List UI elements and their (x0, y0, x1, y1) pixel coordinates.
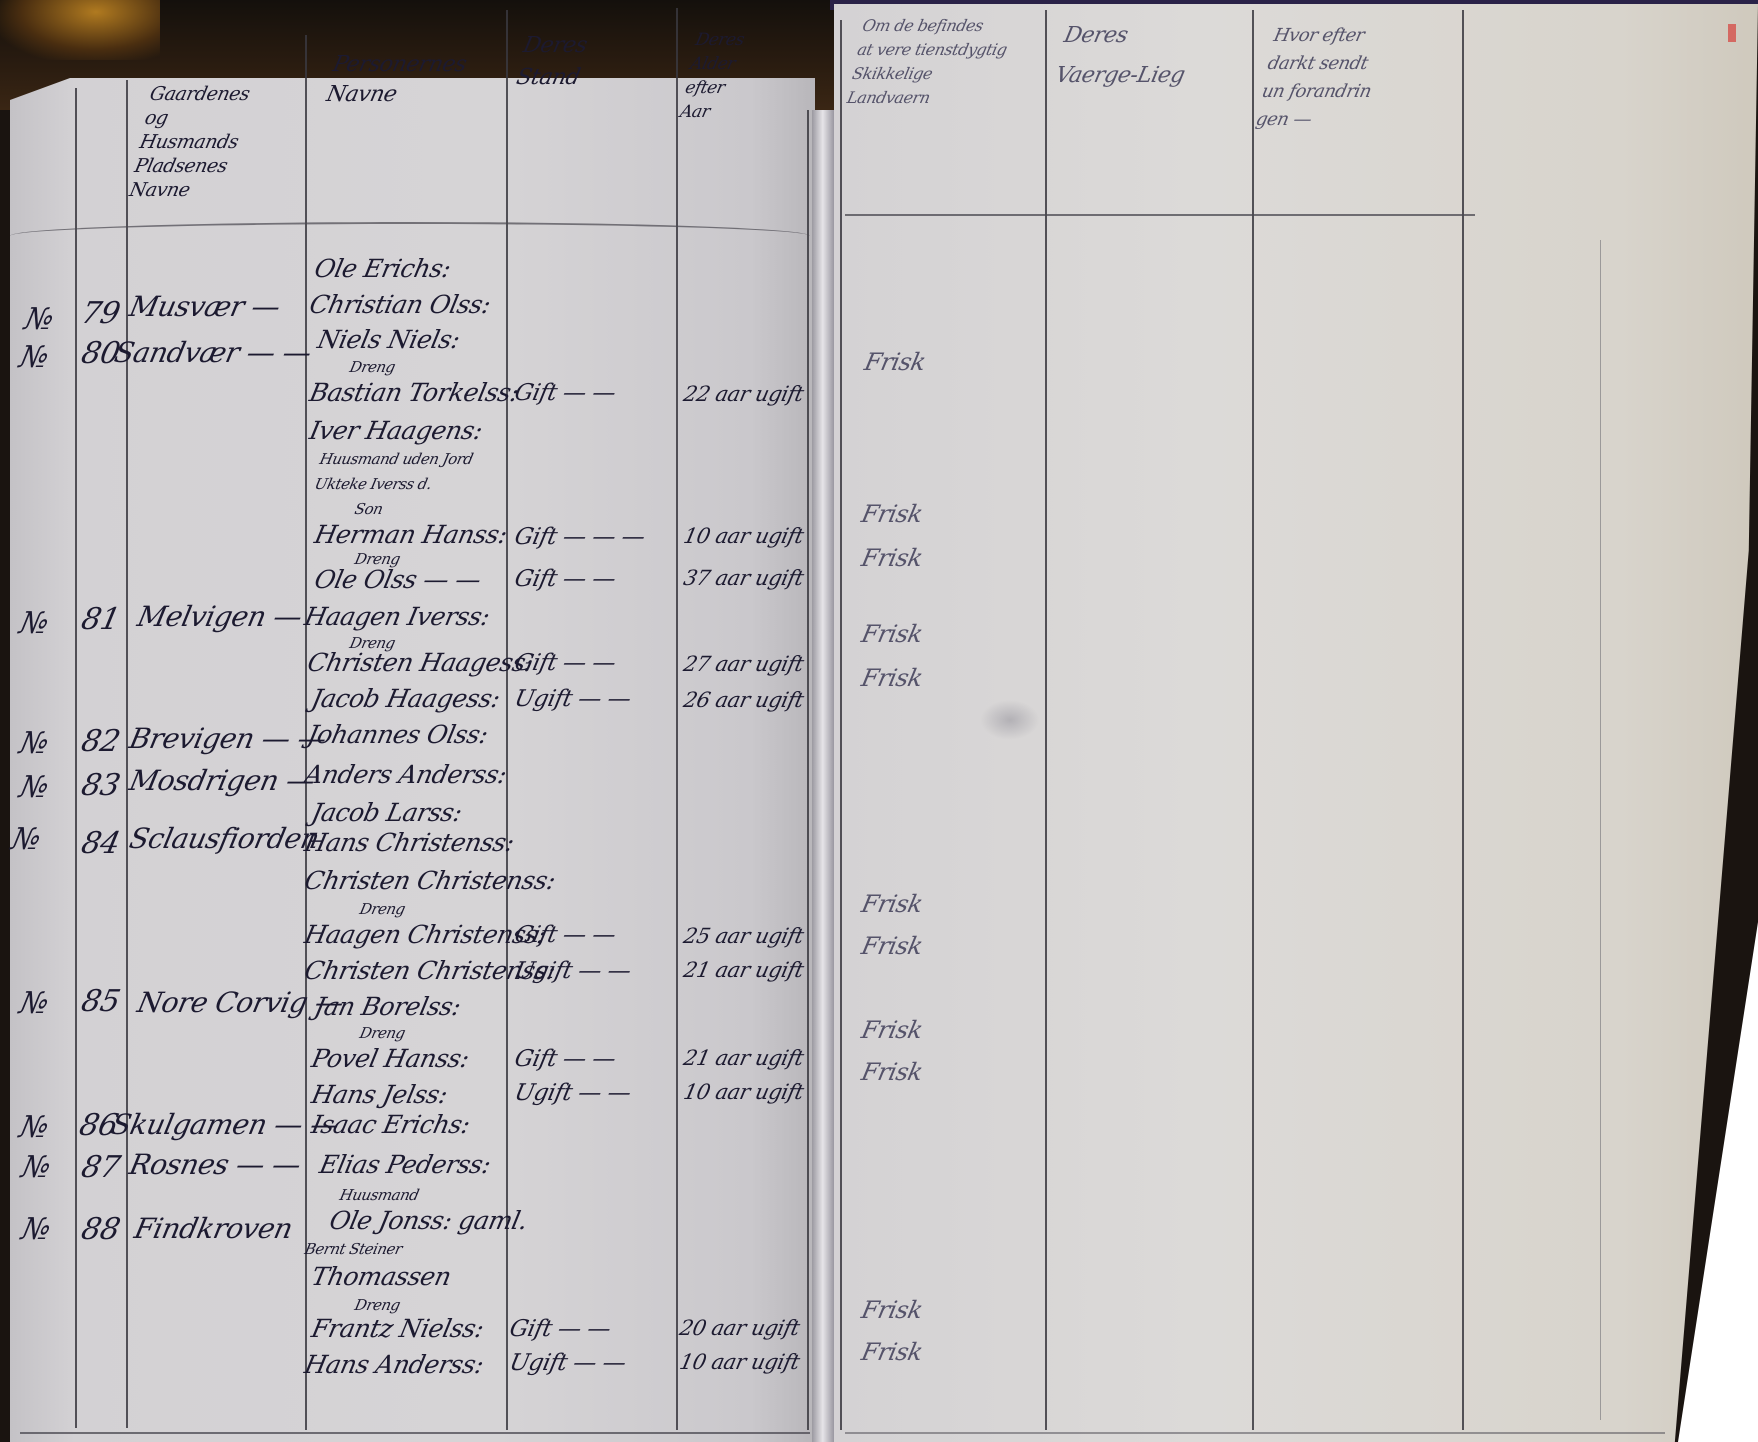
status-value: Ugift — — (512, 1080, 633, 1106)
farm-name: Musvær — (126, 290, 283, 323)
role-label: Dreng (358, 900, 407, 918)
person-name: Ole Erichs: (312, 254, 453, 283)
role-label: Dreng (348, 358, 397, 376)
entry-number: 85 (78, 984, 123, 1019)
book-gutter (812, 110, 836, 1442)
person-name: Bernt Steiner (303, 1240, 404, 1258)
person-name: Christen Haagess: (305, 648, 536, 677)
entry-number: 87 (78, 1150, 123, 1185)
age-value: 22 aar ugift (681, 382, 805, 406)
person-name: Johannes Olss: (305, 720, 491, 749)
lamp-glow (0, 0, 160, 60)
age-value: 27 aar ugift (681, 652, 805, 676)
person-name: Haagen Iverss: (302, 602, 492, 631)
column-rule (840, 20, 842, 1430)
farm-name: Skulgamen — — (108, 1108, 341, 1141)
person-name: Iver Haagens: (307, 416, 485, 445)
status-value: Ugift — — (512, 958, 633, 984)
farm-name: Findkroven (131, 1212, 295, 1245)
role-label: Huusmand uden Jord (318, 450, 475, 468)
age-value: 26 aar ugift (681, 688, 805, 712)
column-rule (75, 88, 77, 1428)
role-label: Dreng (353, 1296, 402, 1314)
health-mark: Frisk (859, 1016, 925, 1044)
person-name: Jan Borelss: (312, 992, 463, 1021)
header-person-names: Personernes Navne (324, 50, 469, 110)
person-name: Ukteke Iverss d. (313, 475, 433, 493)
entry-number: 83 (78, 768, 123, 803)
status-value: Gift — — (512, 566, 618, 592)
farm-name: Brevigen — — (126, 722, 329, 755)
health-mark: Frisk (859, 1338, 925, 1366)
faint-rule (1600, 240, 1601, 1420)
person-name: Elias Pederss: (317, 1150, 493, 1179)
header-fitness: Om de befindes at vere tienstdygtig Skik… (845, 14, 1014, 110)
column-rule (807, 110, 809, 1430)
person-name: Isaac Erichs: (309, 1110, 473, 1139)
farm-name: Mosdrigen — (126, 764, 317, 797)
age-value: 20 aar ugift (677, 1316, 801, 1340)
entry-number: 84 (78, 826, 123, 861)
right-page (834, 4, 1758, 1442)
entry-number: 82 (78, 724, 123, 759)
person-name: Hans Christenss: (302, 828, 517, 857)
status-value: Gift — — (512, 1046, 618, 1072)
health-mark: Frisk (859, 620, 925, 648)
health-mark: Frisk (859, 1296, 925, 1324)
role-label: Dreng (358, 1024, 407, 1042)
bottom-rule (20, 1432, 810, 1434)
column-rule (676, 8, 678, 1430)
person-name: Jacob Haagess: (309, 684, 503, 713)
farm-name: Melvigen — (134, 600, 304, 633)
person-name: Christen Christenss: (302, 866, 558, 895)
health-mark: Frisk (859, 664, 925, 692)
age-value: 10 aar ugift (681, 524, 805, 548)
health-mark: Frisk (859, 500, 925, 528)
status-value: Ugift — — (507, 1350, 628, 1376)
person-name: Hans Anderss: (302, 1350, 486, 1379)
column-rule (1462, 10, 1464, 1430)
person-name: Ole Jonss: gaml. (327, 1206, 530, 1235)
red-page-tab (1728, 24, 1736, 42)
health-mark: Frisk (859, 932, 925, 960)
health-mark: Frisk (859, 544, 925, 572)
person-name: Ole Olss — — (312, 565, 483, 594)
age-value: 25 aar ugift (681, 924, 805, 948)
status-value: Ugift — — (512, 686, 633, 712)
status-value: Gift — — (507, 1316, 613, 1342)
person-name: Bastian Torkelss: (307, 378, 522, 407)
bottom-rule (845, 1432, 1665, 1434)
person-name: Povel Hanss: (309, 1044, 472, 1073)
column-rule (1252, 10, 1254, 1430)
health-mark: Frisk (859, 1058, 925, 1086)
status-value: Gift — — (512, 650, 618, 676)
person-name: Herman Hanss: (312, 520, 510, 549)
person-name: Anders Anderss: (302, 760, 509, 789)
person-name: Haagen Christenss: (302, 920, 549, 949)
status-value: Gift — — — (512, 524, 647, 550)
person-name: Thomassen (309, 1262, 454, 1291)
header-separator (845, 214, 1475, 216)
person-name: Frantz Nielss: (309, 1314, 486, 1343)
health-mark: Frisk (859, 890, 925, 918)
age-value: 21 aar ugift (681, 958, 805, 982)
entry-number: 81 (78, 602, 123, 637)
farm-name: Sandvær — — (111, 336, 314, 369)
role-label: Huusmand (338, 1186, 420, 1204)
age-value: 10 aar ugift (681, 1080, 805, 1104)
health-mark: Frisk (862, 348, 928, 376)
entry-number: 88 (78, 1212, 123, 1247)
ink-smudge (980, 700, 1040, 740)
status-value: Gift — — (512, 380, 618, 406)
column-rule (1045, 10, 1047, 1430)
status-value: Gift — — (512, 922, 618, 948)
farm-name: Sclausfiorden (126, 822, 322, 855)
entry-number: 79 (78, 296, 123, 331)
header-vaerge: Deres Vaerge-Lieg (1051, 16, 1196, 96)
farm-name: Rosnes — — (126, 1148, 303, 1181)
age-value: 10 aar ugift (677, 1350, 801, 1374)
person-name: Jacob Larss: (309, 798, 465, 827)
age-value: 37 aar ugift (681, 566, 805, 590)
role-label: Son (353, 500, 384, 518)
person-name: Christian Olss: (307, 290, 493, 319)
person-name: Hans Jelss: (309, 1080, 450, 1109)
person-name: Niels Niels: (315, 325, 463, 354)
age-value: 21 aar ugift (681, 1046, 805, 1070)
